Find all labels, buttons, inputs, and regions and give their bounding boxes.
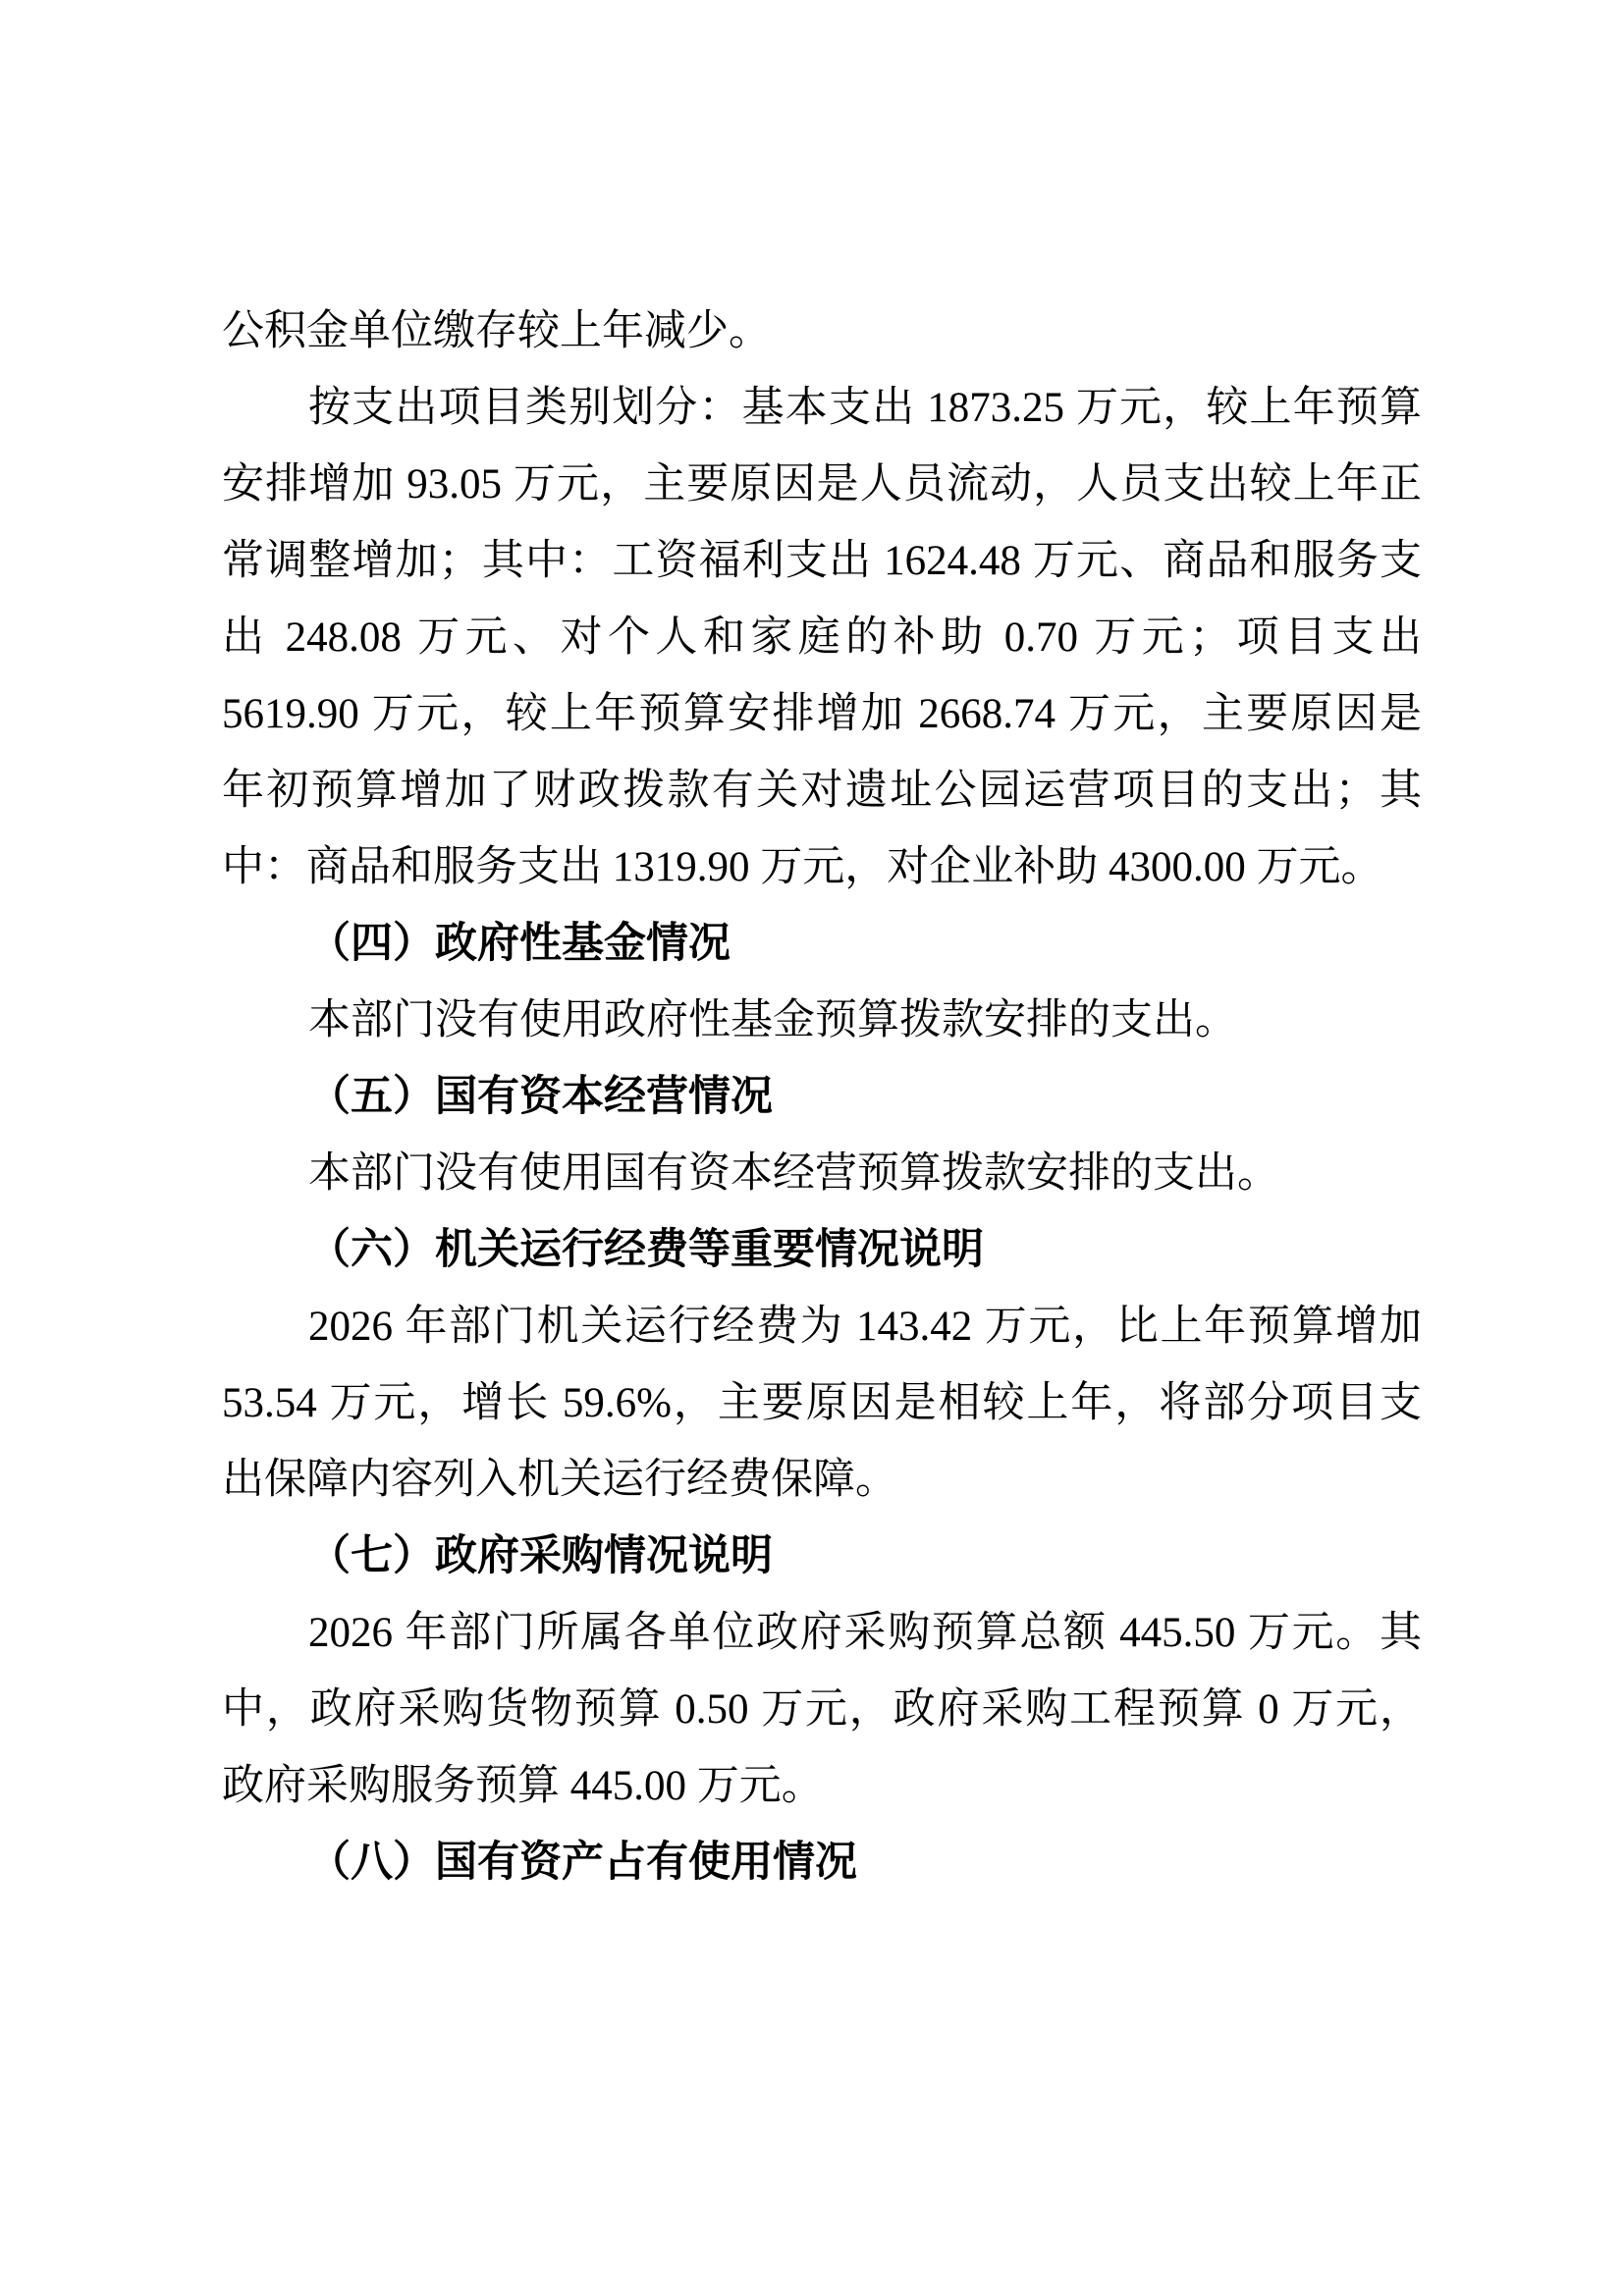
text-line: 政府采购服务预算 445.00 万元。	[222, 1748, 1422, 1825]
text-line: 中：商品和服务支出 1319.90 万元，对企业补助 4300.00 万元。	[222, 829, 1422, 906]
text-line: 本部门没有使用国有资本经营预算拨款安排的支出。	[222, 1136, 1422, 1212]
section-heading-state-capital: （五）国有资本经营情况	[222, 1059, 1422, 1136]
text-line: 年初预算增加了财政拨款有关对遗址公园运营项目的支出；其	[222, 753, 1422, 829]
text-line: 常调整增加；其中：工资福利支出 1624.48 万元、商品和服务支	[222, 523, 1422, 600]
text-line: 按支出项目类别划分：基本支出 1873.25 万元，较上年预算	[222, 370, 1422, 447]
text-line: 2026 年部门所属各单位政府采购预算总额 445.50 万元。其	[222, 1595, 1422, 1672]
page-body-text: 公积金单位缴存较上年减少。 按支出项目类别划分：基本支出 1873.25 万元，…	[222, 294, 1422, 1901]
text-line: 5619.90 万元，较上年预算安排增加 2668.74 万元，主要原因是	[222, 676, 1422, 753]
text-line: 公积金单位缴存较上年减少。	[222, 294, 1422, 370]
text-line: 出保障内容列入机关运行经费保障。	[222, 1442, 1422, 1519]
section-heading-state-assets: （八）国有资产占有使用情况	[222, 1825, 1422, 1901]
text-line: 中，政府采购货物预算 0.50 万元，政府采购工程预算 0 万元，	[222, 1672, 1422, 1748]
text-line: 出 248.08 万元、对个人和家庭的补助 0.70 万元；项目支出	[222, 600, 1422, 676]
text-line: 安排增加 93.05 万元，主要原因是人员流动，人员支出较上年正	[222, 447, 1422, 523]
section-heading-procurement: （七）政府采购情况说明	[222, 1519, 1422, 1595]
text-line: 2026 年部门机关运行经费为 143.42 万元，比上年预算增加	[222, 1289, 1422, 1365]
section-heading-govt-funds: （四）政府性基金情况	[222, 906, 1422, 983]
section-heading-operating-expenses: （六）机关运行经费等重要情况说明	[222, 1212, 1422, 1289]
document-page: 公积金单位缴存较上年减少。 按支出项目类别划分：基本支出 1873.25 万元，…	[0, 0, 1624, 2296]
text-line: 本部门没有使用政府性基金预算拨款安排的支出。	[222, 983, 1422, 1059]
text-line: 53.54 万元，增长 59.6%，主要原因是相较上年，将部分项目支	[222, 1365, 1422, 1442]
